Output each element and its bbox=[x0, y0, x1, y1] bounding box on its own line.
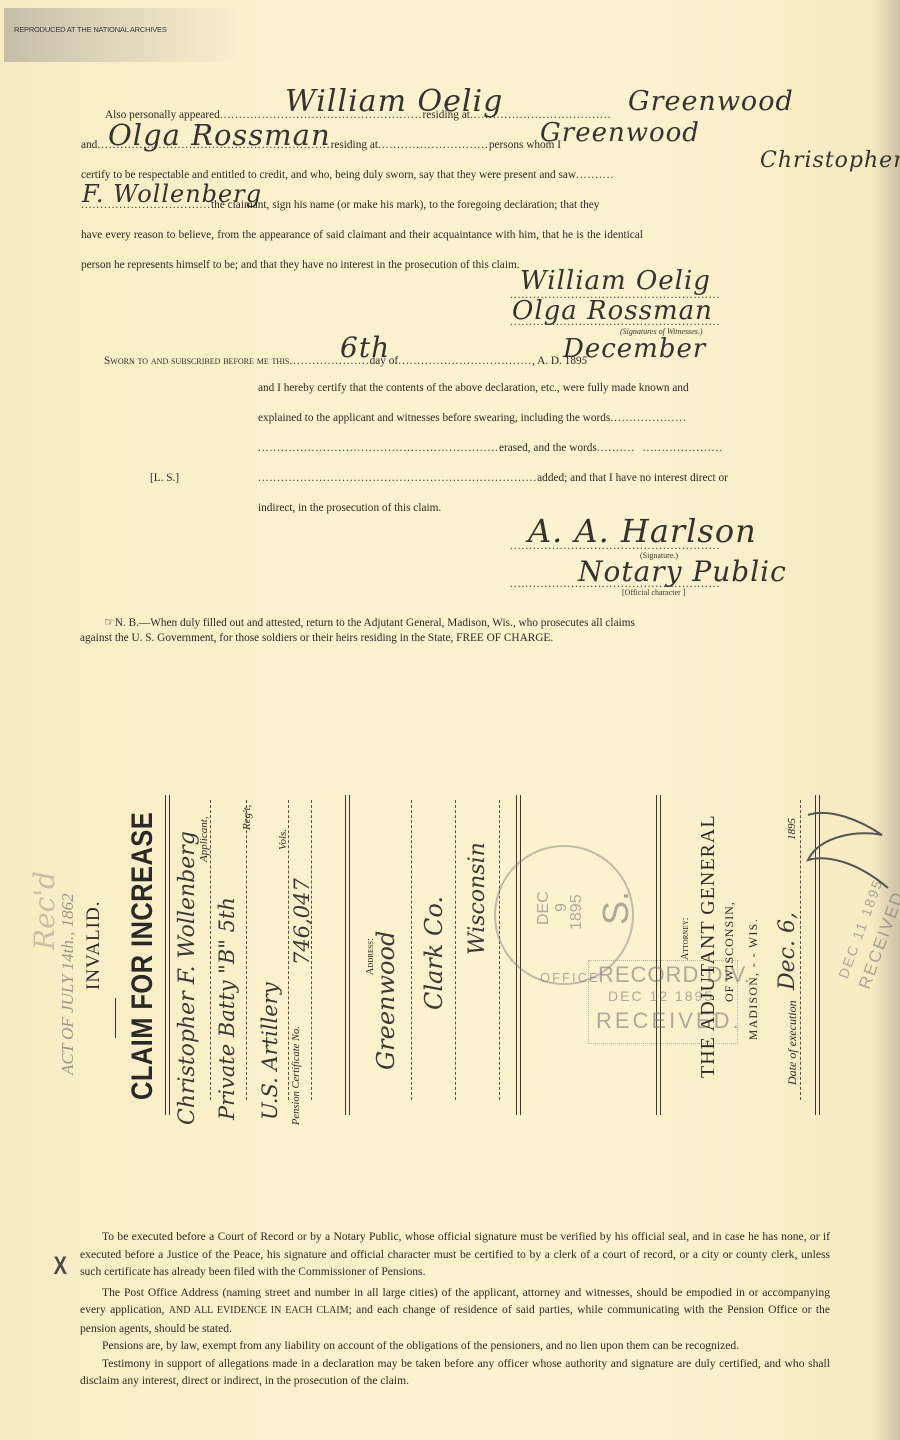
instructions-block: To be executed before a Court of Record … bbox=[80, 1228, 830, 1390]
certify-line5: indirect, in the prosecution of this cla… bbox=[258, 502, 441, 514]
sworn-prefix: Sworn to and subscribed before me this bbox=[104, 355, 289, 367]
certify-line2: explained to the applicant and witnesses… bbox=[258, 412, 610, 424]
vols-label: Vols. bbox=[277, 829, 289, 850]
official-character-caption: [Official character ] bbox=[622, 588, 685, 597]
rule bbox=[349, 795, 350, 1115]
instruction-paragraph-4: Testimony in support of allegations made… bbox=[80, 1355, 830, 1390]
applicant-label: Applicant, bbox=[198, 816, 210, 862]
postmark-letter: S. bbox=[595, 891, 637, 925]
witness-signature-1: William Oelig bbox=[520, 266, 711, 296]
witness2-name-handwritten: Olga Rossman bbox=[108, 118, 331, 152]
claimant-last-handwritten: F. Wollenberg bbox=[82, 180, 262, 208]
line5-text: have every reason to believe, from the a… bbox=[81, 229, 643, 241]
address-line2-handwritten: Clark Co. bbox=[420, 896, 448, 1010]
notary-signature: A. A. Harlson bbox=[528, 512, 757, 550]
certify-line3: erased, and the words bbox=[499, 442, 597, 454]
pointing-hand-icon: ☞ bbox=[104, 615, 115, 629]
archives-header-bar bbox=[4, 8, 244, 62]
certify-line1: and I hereby certify that the contents o… bbox=[258, 382, 689, 394]
rule bbox=[169, 795, 170, 1115]
address-line1-handwritten: Greenwood bbox=[372, 931, 400, 1070]
rule bbox=[345, 795, 346, 1115]
nb-line1: N. B.—When duly filled out and attested,… bbox=[115, 617, 635, 629]
pencil-margin-note: Rec'd bbox=[28, 871, 61, 950]
certify-line4: added; and that I have no interest direc… bbox=[537, 472, 728, 484]
witness1-name-handwritten: William Oelig bbox=[285, 84, 503, 119]
date-execution-handwritten: Dec. 6, bbox=[775, 912, 800, 990]
seal-label: [L. S.] bbox=[150, 472, 179, 484]
line2-residing: residing at bbox=[331, 139, 378, 151]
postmark-year: 1895 bbox=[568, 894, 586, 930]
address-line3-handwritten: Wisconsin bbox=[465, 842, 490, 955]
month-handwritten: December bbox=[563, 334, 706, 364]
p2-caps: and all evidence in each claim bbox=[169, 1305, 349, 1316]
nb-line2: against the U. S. Government, for those … bbox=[80, 632, 553, 644]
official-character-handwritten: Notary Public bbox=[578, 555, 787, 588]
handwritten-check-mark bbox=[800, 800, 895, 910]
instruction-paragraph-1: To be executed before a Court of Record … bbox=[80, 1228, 830, 1281]
instruction-paragraph-2: The Post Office Address (naming street a… bbox=[80, 1284, 830, 1338]
applicant-handwritten: Christopher F. Wollenberg bbox=[175, 831, 200, 1125]
instruction-paragraph-3: Pensions are, by law, exempt from any li… bbox=[80, 1337, 830, 1355]
vols-handwritten: U.S. Artillery bbox=[258, 982, 282, 1120]
attorney-label: Attorney: bbox=[680, 917, 691, 960]
rule bbox=[165, 795, 166, 1115]
rule bbox=[660, 795, 661, 1115]
line2-prefix: and bbox=[81, 139, 97, 151]
pension-cert-label: Pension Certificate No. bbox=[291, 1026, 302, 1125]
day-handwritten: 6th bbox=[340, 331, 390, 364]
regiment-label: Reg't, bbox=[241, 805, 253, 830]
witness1-residence-handwritten: Greenwood bbox=[628, 86, 794, 117]
document-page: REPRODUCED AT THE NATIONAL ARCHIVES Also… bbox=[0, 0, 900, 1440]
witness-signature-2: Olga Rossman bbox=[512, 296, 713, 326]
witness2-residence-handwritten: Greenwood bbox=[540, 118, 700, 148]
rule bbox=[656, 795, 657, 1115]
attorney-line1: THE ADJUTANT GENERAL bbox=[697, 814, 720, 1078]
date-execution-year: 1895 bbox=[786, 818, 798, 840]
claim-title: CLAIM FOR INCREASE bbox=[126, 812, 160, 1100]
act-line: ACT OF JULY 14th., 1862 bbox=[58, 893, 78, 1075]
archives-label: REPRODUCED AT THE NATIONAL ARCHIVES bbox=[14, 25, 167, 34]
line6-text: person he represents himself to be; and … bbox=[81, 259, 520, 271]
regiment-handwritten: Private Batty "B" 5th bbox=[215, 897, 239, 1120]
date-execution-label: Date of execution bbox=[785, 1000, 800, 1085]
title-divider bbox=[115, 998, 116, 1038]
claimant-first-handwritten: Christopher bbox=[760, 148, 900, 173]
x-mark: X bbox=[54, 1252, 67, 1281]
invalid-label: INVALID. bbox=[83, 901, 105, 990]
postmark-month: DEC bbox=[535, 891, 553, 925]
pension-cert-handwritten: 746,047 bbox=[290, 878, 314, 965]
attorney-line2: OF WISCONSIN, bbox=[722, 901, 737, 1002]
attorney-line3: MADISON, - - WIS. bbox=[748, 918, 760, 1040]
line4-text: the claimant, sign his name (or make his… bbox=[211, 199, 599, 211]
